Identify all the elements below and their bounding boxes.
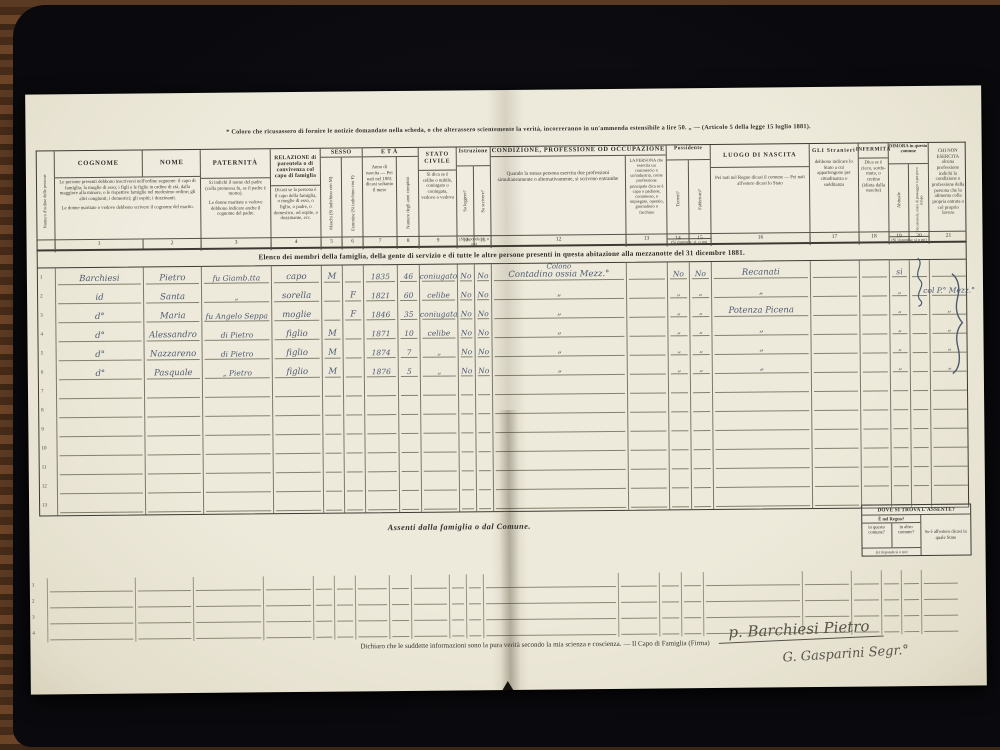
cell-chi-non-esercita: [931, 412, 969, 431]
cell-relazione: [273, 418, 323, 437]
cell-condizione: [494, 472, 629, 492]
cell-paternita: [203, 399, 273, 419]
stato-civile-label: STATO CIVILE: [419, 147, 456, 170]
luogo-nascita-desc: Pei nati nel Regno dicasi il comune — Pe…: [711, 167, 809, 189]
cell-anni-compiuti: [399, 417, 421, 436]
col-possidente-header: Possidente Terreni? Fabbricati? (Si risp…: [667, 145, 712, 246]
cell-relazione: [274, 456, 324, 475]
cell-sa-leggere: [459, 435, 476, 454]
cell-paternita: [203, 437, 273, 457]
stranieri-desc: debbono indicare lo Stato a cui apparten…: [810, 158, 858, 191]
cell-la-persona: [628, 395, 669, 414]
condizione-desc-13: LA PERSONA che esercita un commercio o u…: [626, 155, 668, 246]
cell-infermita: [861, 374, 891, 393]
cell-dimora-abituale: [891, 412, 911, 431]
cell-cognome: d°: [57, 362, 145, 382]
cell-dimora-abituale: [891, 374, 911, 393]
cell-nome: [146, 457, 204, 477]
eta-anno-desc: Anno di nascita — Pei nati nel 1881 dica…: [363, 157, 398, 249]
cell-sa-leggere: No: [459, 359, 476, 378]
cell-paternita: [204, 494, 274, 514]
cell-terreni: „: [668, 319, 690, 338]
cell-sesso-f: [345, 474, 366, 493]
col-num: 4: [272, 238, 322, 247]
cell-anni-compiuti: 7: [399, 341, 421, 360]
col-num: 13: [627, 234, 668, 243]
cell-anno-nascita: [365, 379, 399, 398]
col-stato-civile-header: STATO CIVILE Si dica se è celibe o nubil…: [419, 147, 458, 248]
dove-altro-comune-label: in altro comune?: [892, 523, 921, 547]
col-num: 12: [492, 235, 627, 245]
condizione-desc-12: Quando la stessa persona esercita due pr…: [491, 156, 627, 248]
col-num: 11: [475, 236, 492, 245]
col-num: 17: [811, 233, 860, 242]
cell-fabbricati: [692, 490, 714, 509]
cell-sa-scrivere: [477, 454, 494, 473]
cell-anni-compiuti: [400, 455, 422, 474]
cell-paternita: di Pietro: [202, 323, 272, 343]
cell-dimora-occasionale: [912, 469, 932, 488]
col-chi-non-esercita-header: CHI NON ESERCITA alcuna professione indi…: [929, 143, 968, 244]
cell-terreni: [669, 376, 691, 395]
col-num: 1: [56, 239, 144, 249]
cell-cognome: [58, 457, 146, 477]
cell-cognome: d°: [57, 343, 145, 363]
cell-sesso-m: M: [322, 323, 343, 342]
cell-sa-leggere: No: [458, 264, 475, 283]
cell-dimora-occasionale: [911, 374, 931, 393]
cell-la-persona: [627, 319, 668, 338]
col-num: 6: [343, 237, 364, 246]
cell-sesso-f: [344, 398, 365, 417]
cell-la-persona: [627, 300, 668, 319]
cell-terreni: „: [669, 357, 691, 376]
cell-dimora-occasionale: [910, 260, 930, 279]
cell-anno-nascita: [366, 455, 400, 474]
cell-cognome: d°: [56, 324, 144, 344]
table-header: Numero d'ordine delle persone COGNOME NO…: [36, 142, 967, 240]
cell-dimora-occasionale: [911, 355, 931, 374]
cell-la-persona: [629, 452, 670, 471]
cell-terreni: [670, 471, 692, 490]
cell-sesso-f: [345, 455, 366, 474]
cell-relazione: [273, 399, 323, 418]
cell-paternita: fu Giamb.tta: [202, 266, 272, 286]
cell-terreni: No: [668, 262, 690, 281]
cell-stranieri: [811, 299, 860, 318]
cell-stato-civile: „: [421, 359, 459, 378]
cell-infermita: [861, 336, 891, 355]
census-table: Numero d'ordine delle persone COGNOME NO…: [36, 142, 969, 517]
col-stranieri-header: GLI Stranieri debbono indicare lo Stato …: [810, 144, 860, 245]
sesso-label: SESSO: [321, 148, 362, 158]
cell-sa-scrivere: [477, 492, 494, 511]
stato-civile-desc: Si dica se è celibe o nubile, coniugato …: [419, 170, 456, 203]
cell-anno-nascita: [365, 398, 399, 417]
cell-fabbricati: [692, 452, 714, 471]
cell-condizione: [494, 491, 629, 511]
cell-chi-non-esercita: [932, 469, 970, 488]
cell-nome: Pietro: [144, 267, 202, 287]
col-num: 10: [458, 236, 475, 245]
cell-dimora-abituale: [891, 431, 911, 450]
cell-sesso-m: M: [323, 342, 344, 361]
col-num: 7: [364, 237, 398, 246]
cell-stato-civile: [421, 416, 459, 435]
infermita-label: INFERMITÀ: [859, 143, 888, 158]
cell-condizione: „: [493, 339, 628, 359]
cell-sa-leggere: No: [458, 283, 475, 302]
cell-fabbricati: „: [691, 338, 713, 357]
cell-paternita: [204, 475, 274, 495]
cell-relazione: sorella: [272, 285, 322, 304]
cell-sa-scrivere: No: [475, 321, 492, 340]
assenti-cell-numero: 3: [30, 610, 48, 626]
cell-cognome: [58, 476, 146, 496]
col-infermita-header: INFERMITÀ Dica se è cieco, sordo-muto, o…: [859, 143, 890, 244]
cell-chi-non-esercita: [931, 431, 969, 450]
cell-anni-compiuti: 46: [398, 265, 420, 284]
cell-luogo-nascita: [713, 432, 812, 452]
cell-dimora-abituale: [892, 469, 912, 488]
cell-condizione: „: [492, 320, 627, 340]
cell-numero: 2: [38, 287, 56, 306]
cell-anni-compiuti: 5: [399, 360, 421, 379]
penalty-note: * Coloro che ricusassero di fornire le n…: [95, 122, 941, 137]
col-num: 21: [930, 232, 968, 241]
cell-sesso-f: [344, 417, 365, 436]
cell-infermita: [860, 298, 890, 317]
cell-sa-scrivere: No: [475, 283, 492, 302]
cell-dimora-abituale: [892, 450, 912, 469]
paternita-label: PATERNITÀ: [201, 149, 270, 179]
cell-chi-non-esercita: [932, 450, 970, 469]
dove-regno-section: È nel Regno? in questo comune? in altro …: [862, 515, 921, 556]
cell-paternita: [204, 456, 274, 476]
dimora-occasionale-label: Occasionale, ossia di passaggio o per po…: [915, 164, 924, 236]
cell-sesso-f: [344, 379, 365, 398]
col-num: 3: [202, 238, 272, 248]
cell-relazione: [273, 437, 323, 456]
cell-dimora-occasionale: [912, 450, 932, 469]
cell-sesso-f: [344, 436, 365, 455]
cell-relazione: [273, 380, 323, 399]
cell-fabbricati: „: [690, 300, 712, 319]
cell-dimora-abituale: „: [890, 279, 910, 298]
cell-anni-compiuti: [399, 436, 421, 455]
cell-chi-non-esercita: „: [930, 298, 968, 317]
cell-fabbricati: [691, 376, 713, 395]
cell-sa-leggere: [459, 416, 476, 435]
cell-dimora-occasionale: [910, 298, 930, 317]
cell-la-persona: [628, 414, 669, 433]
cell-chi-non-esercita: [931, 393, 969, 412]
col-cognome-nome-header: COGNOME NOME Le persone presenti debbono…: [55, 150, 202, 252]
luogo-nascita-label: LUOGO DI NASCITA: [711, 144, 809, 168]
cognome-label: COGNOME: [55, 150, 143, 177]
cell-cognome: Barchiesi: [56, 267, 144, 287]
cell-sa-leggere: [459, 378, 476, 397]
cell-sa-leggere: [459, 397, 476, 416]
cell-sa-scrivere: No: [475, 264, 492, 283]
col-num: 15: [690, 234, 712, 243]
cell-sa-leggere: [460, 454, 477, 473]
cell-anni-compiuti: [399, 398, 421, 417]
cell-terreni: [669, 395, 691, 414]
cell-numero: 10: [39, 439, 57, 458]
col-sesso-header: SESSO Maschi (Si indichino con M) Femmin…: [321, 148, 364, 249]
cell-chi-non-esercita: „: [931, 336, 969, 355]
cell-sesso-m: [322, 304, 343, 323]
cell-dimora-abituale: „: [891, 355, 911, 374]
col-eta-header: ETÀ Anno di nascita — Pei nati nel 1881 …: [363, 148, 420, 249]
cell-stato-civile: coniugato: [420, 264, 458, 283]
cell-cognome: [57, 438, 145, 458]
cell-luogo-nascita: „: [712, 280, 811, 300]
dove-estero-label: Se è all'estero dicasi in quale Stato: [921, 515, 970, 555]
cell-stato-civile: [421, 378, 459, 397]
cell-stato-civile: [421, 435, 459, 454]
cell-stato-civile: [422, 454, 460, 473]
cell-sesso-m: M: [322, 266, 343, 285]
cell-condizione: „: [493, 358, 628, 378]
cell-anni-compiuti: [400, 474, 422, 493]
cell-sa-scrivere: [476, 397, 493, 416]
cell-numero: 1: [38, 268, 56, 287]
cell-relazione: moglie: [272, 304, 322, 323]
dove-nota: (si risponda sì o no): [863, 547, 921, 556]
cell-sesso-f: F: [343, 284, 364, 303]
cell-stranieri: [812, 394, 861, 413]
cell-chi-non-esercita: „: [931, 355, 969, 374]
cell-nome: [146, 476, 204, 496]
cell-dimora-occasionale: [911, 431, 931, 450]
col-numero-header: Numero d'ordine delle persone: [37, 151, 56, 252]
cell-la-persona: [628, 433, 669, 452]
cell-stranieri: [811, 318, 860, 337]
cell-nome: [145, 438, 203, 458]
col-luogo-nascita-header: LUOGO DI NASCITA Pei nati nel Regno dica…: [711, 144, 811, 246]
cell-dimora-occasionale: [911, 393, 931, 412]
cell-luogo-nascita: „: [713, 356, 812, 376]
assenti-title: Assenti dalla famiglia o dal Comune.: [29, 518, 889, 535]
cell-la-persona: [627, 262, 668, 281]
cell-sa-scrivere: No: [476, 359, 493, 378]
cell-cognome: [57, 400, 145, 420]
table-body: 1 Barchiesi Pietro fu Giamb.tta capo M 1…: [37, 259, 969, 517]
cell-sesso-f: [344, 360, 365, 379]
cell-sesso-f: [344, 341, 365, 360]
cell-infermita: [860, 317, 890, 336]
cell-sa-scrivere: No: [475, 302, 492, 321]
cell-numero: 5: [39, 344, 57, 363]
cell-numero: 4: [38, 325, 56, 344]
cell-sa-scrivere: [476, 416, 493, 435]
cell-nome: [145, 419, 203, 439]
cell-la-persona: [628, 376, 669, 395]
cell-dimora-occasionale: [911, 336, 931, 355]
cell-condizione: [493, 377, 628, 397]
cell-condizione: [493, 434, 628, 454]
sa-leggere-label: Sa leggere?: [463, 190, 468, 211]
cell-fabbricati: „: [690, 319, 712, 338]
col-paternita-header: PATERNITÀ Si indichi il nome del padre (…: [201, 149, 272, 250]
cell-stato-civile: [422, 492, 460, 511]
cell-infermita: [860, 260, 890, 279]
cell-paternita: „: [202, 285, 272, 305]
cell-sa-scrivere: [476, 435, 493, 454]
cell-luogo-nascita: [713, 394, 812, 414]
cell-fabbricati: [691, 433, 713, 452]
cell-numero: 12: [40, 477, 58, 496]
cell-dimora-occasionale: [911, 412, 931, 431]
cell-sa-scrivere: [477, 473, 494, 492]
cell-numero: 6: [39, 363, 57, 382]
cell-dimora-abituale: [891, 393, 911, 412]
col-num: [38, 240, 56, 249]
cell-la-persona: [629, 471, 670, 490]
cell-condizione: [494, 453, 629, 473]
relazione-desc: Dicasi se la persona è il capo della fam…: [271, 186, 320, 224]
cell-anni-compiuti: 35: [398, 303, 420, 322]
cell-sa-scrivere: No: [476, 340, 493, 359]
assenti-cell-numero: 1: [30, 578, 48, 594]
cell-relazione: figlio: [273, 342, 323, 361]
cell-sesso-f: F: [343, 303, 364, 322]
cell-nome: [145, 381, 203, 401]
cell-sesso-m: [323, 418, 344, 437]
cell-paternita: fu Angelo Seppa: [202, 304, 272, 324]
cell-anni-compiuti: [400, 493, 422, 512]
cell-numero: 13: [40, 496, 58, 515]
cell-fabbricati: [691, 395, 713, 414]
cell-cognome: id: [56, 286, 144, 306]
cell-sesso-m: [324, 494, 345, 513]
cell-dimora-abituale: sì: [890, 260, 910, 279]
cell-stranieri: [812, 413, 861, 432]
assenti-cell-numero: 4: [30, 626, 48, 642]
cell-anno-nascita: 1821: [364, 284, 398, 303]
cell-infermita: [862, 450, 892, 469]
infermita-desc: Dica se è cieco, sordo-muto, o cretino (…: [859, 158, 888, 196]
assenti-cell-numero: 2: [30, 594, 48, 610]
col-num: 8: [398, 237, 420, 246]
cell-stato-civile: [421, 397, 459, 416]
cell-fabbricati: [691, 414, 713, 433]
col-num: 16: [712, 233, 811, 243]
cell-sa-leggere: [460, 473, 477, 492]
cell-stranieri: [812, 375, 861, 394]
nome-label: NOME: [143, 150, 201, 177]
fabbricati-label: Fabbricati?: [698, 189, 703, 210]
cell-luogo-nascita: „: [713, 337, 812, 357]
cell-stranieri: [811, 280, 860, 299]
photo-of-census-sheet: { "colors":{"paper":"#eae6d6","print_ink…: [0, 0, 1000, 750]
cell-chi-non-esercita: „: [930, 317, 968, 336]
declaration-text: Dichiaro che le suddette informazioni so…: [360, 639, 709, 650]
cell-stato-civile: coniugata: [420, 302, 458, 321]
numero-vertical-label: Numero d'ordine delle persone: [43, 175, 48, 229]
cell-condizione: [493, 415, 628, 435]
eta-label: ETÀ: [363, 148, 418, 158]
cell-cognome: [58, 495, 146, 515]
cell-stranieri: [812, 356, 861, 375]
cell-condizione: „: [492, 301, 627, 321]
col-num: 5: [322, 238, 343, 247]
cell-sesso-f: [345, 493, 366, 512]
cell-numero: 3: [38, 306, 56, 325]
cell-stranieri: [811, 261, 860, 280]
cell-terreni: [669, 433, 691, 452]
cell-dimora-occasionale: [910, 317, 930, 336]
cell-terreni: „: [668, 281, 690, 300]
cell-stato-civile: celibe: [420, 283, 458, 302]
cell-paternita: [203, 418, 273, 438]
cell-luogo-nascita: [713, 375, 812, 395]
cell-fabbricati: „: [690, 281, 712, 300]
cell-terreni: [670, 490, 692, 509]
cell-relazione: [274, 494, 324, 513]
col-num: 9: [420, 236, 458, 245]
cell-sesso-f: [343, 265, 364, 284]
cell-cognome: [57, 381, 145, 401]
cell-sesso-m: [322, 285, 343, 304]
cell-chi-non-esercita: col P.° Mezz.°: [930, 279, 968, 298]
cell-stranieri: [812, 337, 861, 356]
cell-la-persona: [628, 338, 669, 357]
cell-dimora-abituale: „: [891, 336, 911, 355]
cell-nome: Alessandro: [144, 324, 202, 344]
cell-condizione: Colono Contadino ossia Mezz.°: [492, 263, 627, 283]
cell-terreni: „: [668, 300, 690, 319]
cognome-nome-desc: Le persone presenti debbono inscriversi …: [55, 177, 200, 217]
cell-luogo-nascita: [714, 451, 813, 471]
dove-questo-comune-label: in questo comune?: [862, 523, 892, 547]
cell-anni-compiuti: [399, 379, 421, 398]
cell-dimora-abituale: „: [890, 298, 910, 317]
cell-sesso-m: [323, 399, 344, 418]
cell-infermita: [862, 469, 892, 488]
cell-sesso-m: [323, 437, 344, 456]
cell-infermita: [861, 412, 891, 431]
cell-terreni: „: [669, 338, 691, 357]
cell-anni-compiuti: 10: [398, 322, 420, 341]
col-condizione-header: CONDIZIONE, PROFESSIONE OD OCCUPAZIONE Q…: [491, 145, 668, 247]
cell-terreni: [670, 452, 692, 471]
cell-numero: 9: [39, 420, 57, 439]
cell-relazione: figlio: [272, 323, 322, 342]
cell-nome: Santa: [144, 286, 202, 306]
cell-infermita: [861, 431, 891, 450]
cell-fabbricati: No: [690, 262, 712, 281]
cell-la-persona: [627, 281, 668, 300]
cell-chi-non-esercita: [930, 260, 968, 279]
cell-dimora-abituale: „: [890, 317, 910, 336]
cell-anno-nascita: [366, 474, 400, 493]
cell-chi-non-esercita: [931, 374, 969, 393]
cell-stranieri: [813, 489, 862, 508]
col-num: 18: [860, 232, 890, 241]
cell-numero: 7: [39, 382, 57, 401]
col-num: 2: [144, 239, 202, 249]
cell-stranieri: [813, 451, 862, 470]
cell-stato-civile: [422, 473, 460, 492]
cell-condizione: „: [492, 282, 627, 302]
cell-stato-civile: „: [421, 340, 459, 359]
cell-sa-scrivere: [476, 378, 493, 397]
terreni-label: Terreni?: [675, 192, 680, 207]
cell-anno-nascita: 1871: [364, 322, 398, 341]
